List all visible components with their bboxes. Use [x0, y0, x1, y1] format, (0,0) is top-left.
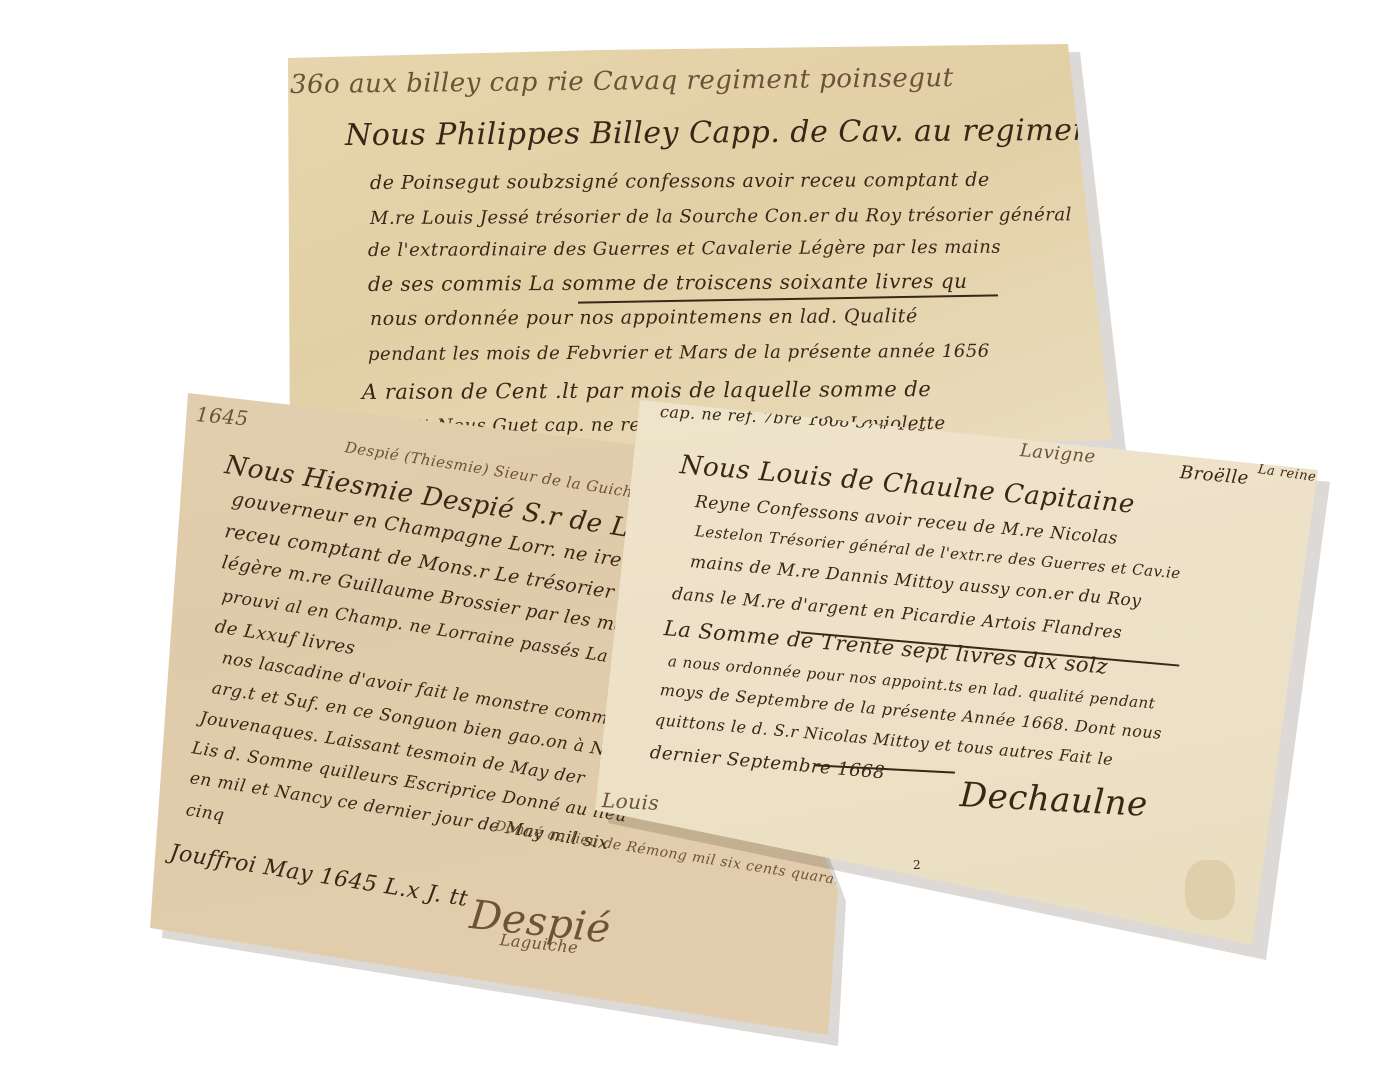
right-margin-note-la-reine: La reine: [1257, 462, 1317, 485]
left-corner-year: 1645: [195, 402, 250, 431]
back-line-1: Nous Philippes Billey Capp. de Cav. au r…: [345, 113, 1105, 153]
right-line-10: dernier Septembre 1668: [649, 742, 886, 783]
back-line-7: pendant les mois de Febvrier et Mars de …: [368, 341, 990, 365]
back-line-2: de Poinsegut soubzsigné confessons avoir…: [370, 169, 990, 194]
right-page-number: 2: [913, 858, 921, 872]
back-line-4: de l'extraordinaire des Guerres et Caval…: [368, 237, 1001, 261]
back-line-5: de ses commis La somme de troiscens soix…: [368, 269, 968, 296]
left-line-12: cinq: [184, 800, 225, 826]
back-line-3: M.re Louis Jessé trésorier de la Sourche…: [370, 204, 1072, 229]
left-line-13: Jouffroi May 1645 L.x J. tt: [168, 840, 470, 912]
back-line-6: nous ordonnée pour nos appointemens en l…: [370, 305, 918, 330]
right-signature: Dechaulne: [959, 775, 1149, 825]
right-water-stain: [1185, 860, 1235, 920]
right-margin-note-broelle: Broëlle: [1179, 462, 1250, 489]
back-header-note: 36o aux billey cap rie Cavaq regiment po…: [290, 63, 954, 100]
right-overlap-word: Louis: [601, 788, 660, 815]
back-line-8: A raison de Cent .lt par mois de laquell…: [362, 377, 931, 404]
back-underline-sum: [578, 294, 998, 303]
